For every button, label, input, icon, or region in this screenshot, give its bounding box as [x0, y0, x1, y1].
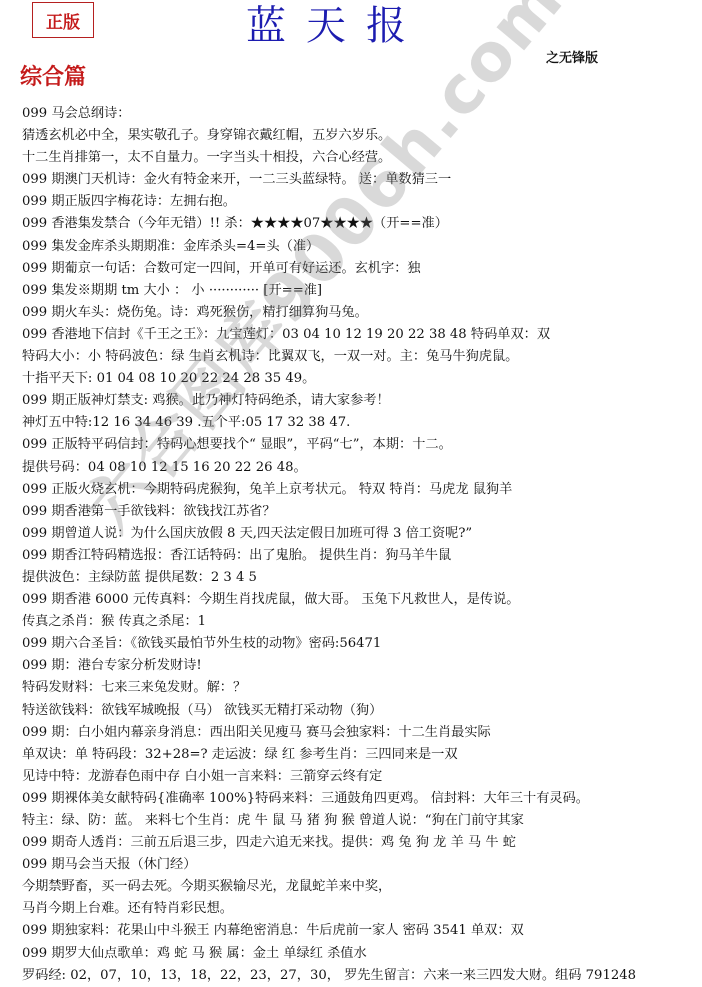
text-line: 099 期六合圣旨：《欲钱买最怕节外生枝的动物》密码:56471	[22, 633, 692, 655]
text-line: 099 期：港台专家分析发财诗!	[22, 655, 692, 677]
text-line: 099 香港地下信封《千王之王》：九宝莲灯：03 04 10 12 19 20 …	[22, 324, 692, 346]
text-line: 提供号码：04 08 10 12 15 16 20 22 26 48。	[22, 457, 692, 479]
text-line: 099 期裸体美女献特码{准确率 100%}特码来料：三通鼓角四更鸡。 信封料：…	[22, 788, 692, 810]
section-title: 综合篇	[20, 60, 86, 91]
text-line: 099 期独家料：花果山中斗猴王 内幕绝密消息：牛后虎前一家人 密码 3541 …	[22, 920, 692, 942]
text-line: 099 集发※期期 tm 大小 ： 小 ············ [开==准]	[22, 280, 692, 302]
text-line: 特码大小：小 特码波色：绿 生肖玄机诗：比翼双飞，一双一对。主：兔马牛狗虎鼠。	[22, 346, 692, 368]
text-line: 099 期曾道人说：为什么国庆放假 8 天,四天法定假日加班可得 3 倍工资呢?…	[22, 523, 692, 545]
text-line: 099 正版火烧玄机：今期特码虎猴狗，兔羊上京考状元。 特双 特肖：马虎龙 鼠狗…	[22, 479, 692, 501]
text-line: 见诗中特：龙游春色雨中存 白小姐一言来料：三箭穿云终有定	[22, 766, 692, 788]
text-line: 099 正版特平码信封：特码心想要找个“ 显眼”，平码“七”，本期：十二。	[22, 434, 692, 456]
text-line: 今期禁野畜，买一码去死。今期买猴输尽光，龙鼠蛇羊来中奖，	[22, 876, 692, 898]
text-line: 099 期正版四字梅花诗：左拥右抱。	[22, 191, 692, 213]
text-line: 特送欲钱料：欲钱军城晚报（马） 欲钱买无精打采动物（狗）	[22, 700, 692, 722]
text-line: 特主：绿、防：蓝。 来料七个生肖：虎 牛 鼠 马 猪 狗 猴 曾道人说：“狗在门…	[22, 810, 692, 832]
text-line: 特码发财料：七来三来兔发财。解：？	[22, 677, 692, 699]
edition-label: 之无锋版	[546, 47, 598, 66]
text-line: 099 马会总纲诗：	[22, 103, 692, 125]
text-line: 099 期奇人透肖：三前五后退三步，四走六追无来找。提供：鸡 兔 狗 龙 羊 马…	[22, 832, 692, 854]
text-line: 神灯五中特:12 16 34 46 39 .五个平:05 17 32 38 47…	[22, 412, 692, 434]
text-line: 099 期马会当天报（休门经）	[22, 854, 692, 876]
text-line: 099 期香港第一手欲钱料：欲钱找江苏省？	[22, 501, 692, 523]
text-line: 099 香港集发禁合（今年无错）!! 杀：★★★★07★★★★（开==准）	[22, 213, 692, 235]
text-line: 猜透玄机必中全，果实敬孔子。身穿锦衣戴红帽，五岁六岁乐。	[22, 125, 692, 147]
text-line: 马肖今期上台难。还有特肖彩民想。	[22, 898, 692, 920]
text-line: 099 期香江特码精选报：香江话特码：出了鬼胎。 提供生肖：狗马羊牛鼠	[22, 545, 692, 567]
page-title: 蓝天报	[246, 2, 426, 50]
authentic-stamp: 正版	[32, 2, 94, 38]
document-body: 099 马会总纲诗： 猜透玄机必中全，果实敬孔子。身穿锦衣戴红帽，五岁六岁乐。 …	[22, 103, 692, 987]
text-line: 099 期澳门天机诗：金火有特金来开，一二三头蓝绿特。 送：单数猜三一	[22, 169, 692, 191]
text-line: 099 期正版神灯禁支: 鸡猴。此乃神灯特码绝杀，请大家参考！	[22, 390, 692, 412]
text-line: 十指平天下: 01 04 08 10 20 22 24 28 35 49。	[22, 368, 692, 390]
text-line: 099 期香港 6000 元传真料：今期生肖找虎鼠，做大哥。 玉兔下凡救世人，是…	[22, 589, 692, 611]
text-line: 099 期火车头：烧伤兔。诗：鸡死猴伤，精打细算狗马兔。	[22, 302, 692, 324]
text-line: 099 期罗大仙点歌单：鸡 蛇 马 猴 属：金土 单绿红 杀值水	[22, 943, 692, 965]
text-line: 099 期葡京一句话：合数可定一四间，开单可有好运还。玄机字：独	[22, 258, 692, 280]
text-line: 单双诀：单 特码段：32+28=? 走运波：绿 红 参考生肖：三四同来是一双	[22, 744, 692, 766]
text-line: 十二生肖排第一，太不自量力。一字当头十相投，六合心经营。	[22, 147, 692, 169]
text-line: 099 集发金库杀头期期准：金库杀头=4=头（准）	[22, 236, 692, 258]
text-line: 099 期：白小姐内幕亲身消息：西出阳关见瘦马 赛马会独家料：十二生肖最实际	[22, 722, 692, 744]
text-line: 提供波色：主绿防蓝 提供尾数：2 3 4 5	[22, 567, 692, 589]
text-line: 传真之杀肖：猴 传真之杀尾：1	[22, 611, 692, 633]
text-line: 罗码经: 02，07，10，13，18，22，23，27，30， 罗先生留言：六…	[22, 965, 692, 987]
